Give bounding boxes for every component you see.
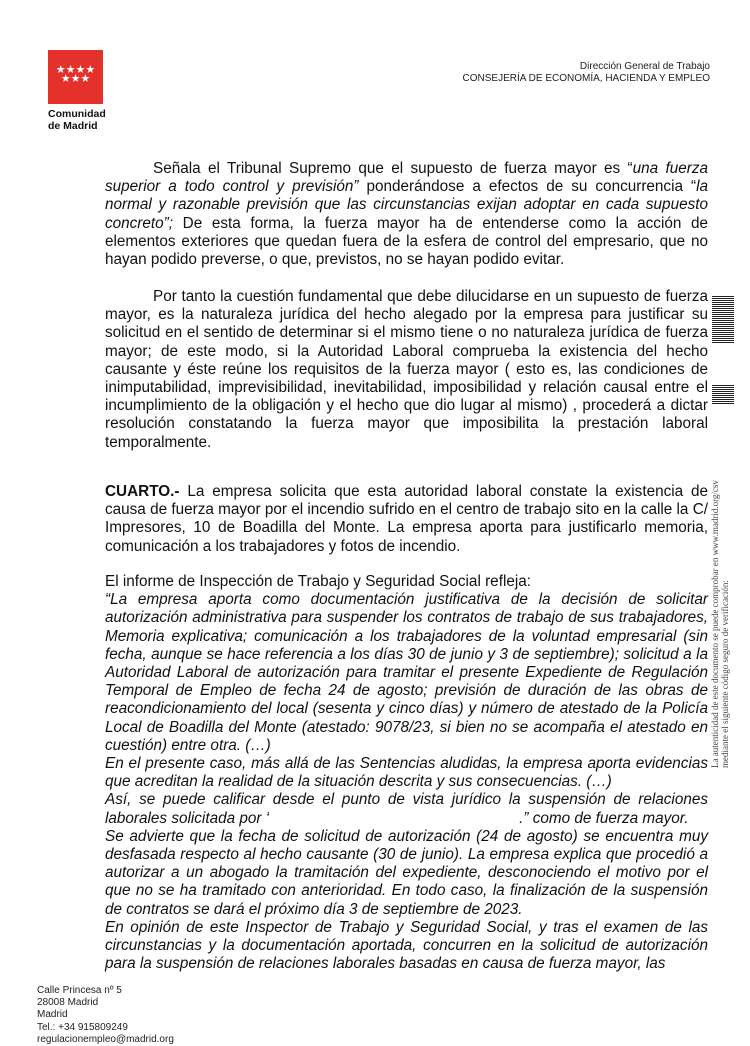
footer-phone: Tel.: +34 915809249 <box>37 1022 174 1034</box>
paragraph-cuestion-fundamental: Por tanto la cuestión fundamental que de… <box>105 288 708 452</box>
report-quote: .” como de fuerza mayor. <box>519 810 688 827</box>
logo-line-2: de Madrid <box>48 120 104 132</box>
footer-address: Calle Princesa nº 5 <box>37 985 174 997</box>
report-quote: “La empresa aporta como documentación ju… <box>105 591 708 755</box>
paragraph-cuarto: CUARTO.- La empresa solicita que esta au… <box>105 483 708 556</box>
text: De esta forma, la fuerza mayor ha de ent… <box>105 215 708 268</box>
madrid-flag-icon: ★★★★ ★★★ <box>48 50 103 104</box>
report-quote: Se advierte que la fecha de solicitud de… <box>105 828 708 919</box>
paragraph-text: Por tanto la cuestión fundamental que de… <box>105 288 708 452</box>
footer-city: Madrid <box>37 1009 174 1021</box>
barcode-icon <box>712 385 734 405</box>
verification-line-2: mediante el siguiente código seguro de v… <box>720 428 730 768</box>
footer-contact: Calle Princesa nº 5 28008 Madrid Madrid … <box>37 985 174 1046</box>
stars-row-bottom: ★★★ <box>48 75 103 84</box>
logo-line-1: Comunidad <box>48 108 104 120</box>
report-quote: En el presente caso, más allá de las Sen… <box>105 755 708 791</box>
ministry-name: CONSEJERÍA DE ECONOMÍA, HACIENDA Y EMPLE… <box>463 73 710 85</box>
paragraph-tribunal-supremo: Señala el Tribunal Supremo que el supues… <box>105 160 708 269</box>
stars-icon: ★★★★ ★★★ <box>48 66 103 84</box>
department-name: Dirección General de Trabajo <box>463 61 710 73</box>
letterhead: Dirección General de Trabajo CONSEJERÍA … <box>463 61 710 85</box>
barcode-icon <box>712 296 734 344</box>
text: ponderándose a efectos de su concurrenci… <box>359 178 697 195</box>
logo-text: Comunidad de Madrid <box>48 108 104 132</box>
paragraph-text: La empresa solicita que esta autoridad l… <box>105 483 708 555</box>
report-intro: El informe de Inspección de Trabajo y Se… <box>105 573 708 591</box>
footer-postal: 28008 Madrid <box>37 997 174 1009</box>
footer-email: regulacionempleo@madrid.org <box>37 1034 174 1046</box>
verification-notice: La autenticidad de este documento se pue… <box>710 428 730 768</box>
text: Señala el Tribunal Supremo que el supues… <box>153 160 633 177</box>
section-heading: CUARTO.- <box>105 483 180 500</box>
verification-line-1: La autenticidad de este documento se pue… <box>710 428 720 768</box>
inspection-report: El informe de Inspección de Trabajo y Se… <box>105 573 708 973</box>
comunidad-madrid-logo: ★★★★ ★★★ Comunidad de Madrid <box>48 50 104 132</box>
report-quote: En opinión de este Inspector de Trabajo … <box>105 919 708 974</box>
